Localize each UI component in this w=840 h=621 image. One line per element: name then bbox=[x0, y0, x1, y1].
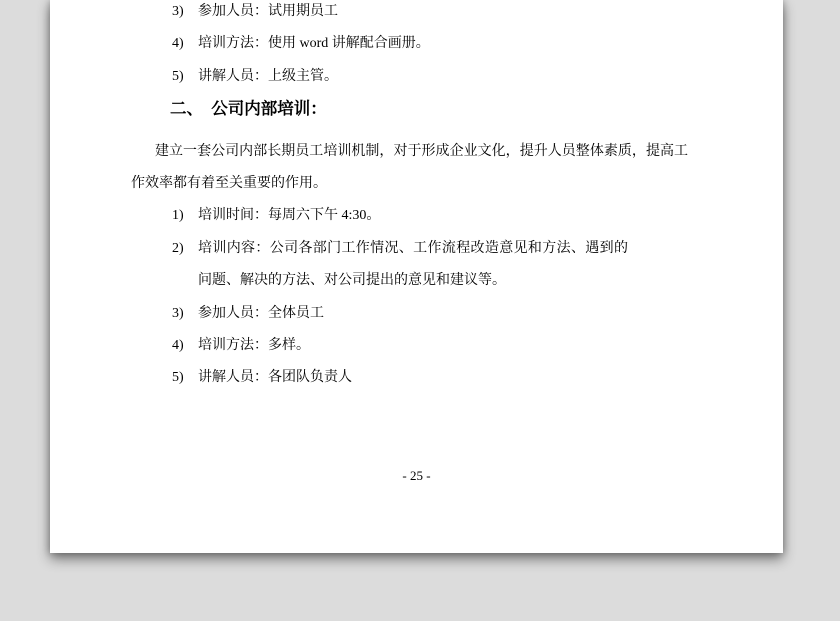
list-item-text: 参加人员：试用期员工 bbox=[198, 0, 688, 28]
list-item-number: 3) bbox=[172, 298, 198, 330]
list-item-text: 培训方法：多样。 bbox=[198, 330, 688, 362]
list-item-number: 3) bbox=[172, 0, 198, 28]
list-item-number: 2) bbox=[172, 233, 198, 298]
document-page: 3) 参加人员：试用期员工 4) 培训方法：使用 word 讲解配合画册。 5)… bbox=[50, 0, 783, 553]
list-item: 4) 培训方法：使用 word 讲解配合画册。 bbox=[172, 28, 688, 60]
list-item-text: 讲解人员：上级主管。 bbox=[198, 61, 688, 93]
list-item: 5) 讲解人员：各团队负责人 bbox=[172, 362, 688, 394]
list-item: 5) 讲解人员：上级主管。 bbox=[172, 61, 688, 93]
list-item: 4) 培训方法：多样。 bbox=[172, 330, 688, 362]
list-item: 2) 培训内容：公司各部门工作情况、工作流程改造意见和方法、遇到的问题、解决的方… bbox=[172, 233, 688, 298]
list-item-text: 培训内容：公司各部门工作情况、工作流程改造意见和方法、遇到的问题、解决的方法、对… bbox=[198, 233, 628, 298]
list-item-number: 1) bbox=[172, 200, 198, 232]
list-item-text: 讲解人员：各团队负责人 bbox=[198, 362, 688, 394]
list-item-text: 培训时间：每周六下午 4:30。 bbox=[198, 200, 688, 232]
body-paragraph: 建立一套公司内部长期员工培训机制，对于形成企业文化，提升人员整体素质，提高工作效… bbox=[131, 136, 688, 201]
list-item: 1) 培训时间：每周六下午 4:30。 bbox=[172, 200, 688, 232]
list-item-number: 4) bbox=[172, 28, 198, 60]
page-number: - 25 - bbox=[50, 460, 783, 492]
list-item-number: 4) bbox=[172, 330, 198, 362]
list-item-number: 5) bbox=[172, 61, 198, 93]
document-content: 3) 参加人员：试用期员工 4) 培训方法：使用 word 讲解配合画册。 5)… bbox=[50, 0, 783, 492]
list-item-number: 5) bbox=[172, 362, 198, 394]
section-heading: 二、 公司内部培训： bbox=[170, 93, 688, 125]
list-item-text: 培训方法：使用 word 讲解配合画册。 bbox=[198, 28, 688, 60]
list-item: 3) 参加人员：试用期员工 bbox=[172, 0, 688, 28]
list-item: 3) 参加人员：全体员工 bbox=[172, 298, 688, 330]
list-item-text: 参加人员：全体员工 bbox=[198, 298, 688, 330]
